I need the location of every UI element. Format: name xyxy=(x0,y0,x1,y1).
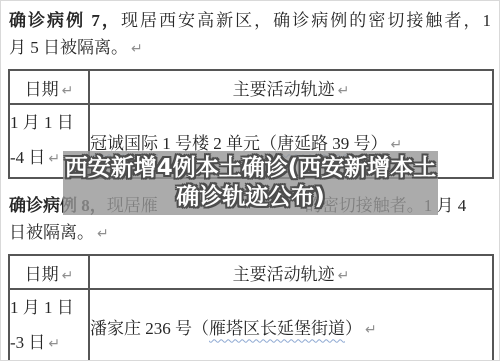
track-street-name: 雁塔区长延堡街道 xyxy=(209,319,345,338)
date-column-header: 日期↵ xyxy=(9,70,89,104)
case7-line2: 月 5 日被隔离。↵ xyxy=(9,34,491,63)
date-range-line2-text: -3 日 xyxy=(10,333,45,352)
case7-bold-label: 确诊病例 7， xyxy=(9,11,121,30)
table-row: 1 月 1 日 -3 日↵ 潘家庄 236 号（雁塔区长延堡街道）↵ xyxy=(9,289,493,361)
date-column-header: 日期↵ xyxy=(9,255,89,289)
case7-paragraph: 确诊病例 7，现居西安高新区，确诊病例的密切接触者，1 月 5 日被隔离。↵ xyxy=(9,1,491,63)
track-column-header: 主要活动轨迹↵ xyxy=(89,255,493,289)
track-header-label: 主要活动轨迹 xyxy=(233,80,335,99)
paragraph-return-mark: ↵ xyxy=(128,41,143,57)
case7-line1: 确诊病例 7，现居西安高新区，确诊病例的密切接触者，1 xyxy=(9,7,491,34)
cell-return-mark: ↵ xyxy=(362,322,377,338)
table-header-row: 日期↵ 主要活动轨迹↵ xyxy=(9,255,493,289)
article-title-overlay: 西安新增4例本土确诊(西安新增本土 确诊轨迹公布) xyxy=(63,151,438,215)
date-range-line2: -3 日↵ xyxy=(10,325,88,361)
overlay-title-line2: 确诊轨迹公布) xyxy=(176,183,325,212)
date-header-label: 日期 xyxy=(25,80,59,99)
cell-return-mark: ↵ xyxy=(45,336,60,352)
track-place-name: 冠诚国际 xyxy=(90,134,158,153)
track-text: 1 号楼 2 单元（ xyxy=(158,134,277,153)
track-column-header: 主要活动轨迹↵ xyxy=(89,70,493,104)
case8-line2: 日被隔离。↵ xyxy=(9,219,491,248)
date-range-line1: 1 月 1 日 xyxy=(10,105,88,140)
date-range-line1: 1 月 1 日 xyxy=(10,290,88,325)
case8-track-table: 日期↵ 主要活动轨迹↵ 1 月 1 日 -3 日↵ 潘家庄 236 号（雁塔区长… xyxy=(8,254,494,361)
case8-line2-text: 日被隔离。 xyxy=(9,223,94,242)
table-header-row: 日期↵ 主要活动轨迹↵ xyxy=(9,70,493,104)
paragraph-return-mark: ↵ xyxy=(94,226,109,242)
track-header-label: 主要活动轨迹 xyxy=(233,265,335,284)
track-text: 潘家庄 236 号（ xyxy=(90,319,209,338)
date-cell: 1 月 1 日 -3 日↵ xyxy=(9,289,89,361)
cell-return-mark: ↵ xyxy=(335,83,350,99)
cell-return-mark: ↵ xyxy=(59,268,74,284)
date-header-label: 日期 xyxy=(25,265,59,284)
case7-line1-text: 现居西安高新区，确诊病例的密切接触者，1 xyxy=(121,11,491,30)
cell-return-mark: ↵ xyxy=(45,151,60,167)
track-text: ） xyxy=(345,319,362,338)
track-cell: 潘家庄 236 号（雁塔区长延堡街道）↵ xyxy=(89,289,493,361)
cell-return-mark: ↵ xyxy=(59,83,74,99)
case7-line2-text: 月 5 日被隔离。 xyxy=(9,38,128,57)
cell-return-mark: ↵ xyxy=(335,268,350,284)
track-text: 号） xyxy=(349,134,387,153)
date-range-line2-text: -4 日 xyxy=(10,148,45,167)
document-page: 确诊病例 7，现居西安高新区，确诊病例的密切接触者，1 月 5 日被隔离。↵ 日… xyxy=(0,0,500,361)
overlay-title-line1: 西安新增4例本土确诊(西安新增本土 xyxy=(65,154,437,183)
track-street-name: 唐延路 39 xyxy=(277,134,349,153)
